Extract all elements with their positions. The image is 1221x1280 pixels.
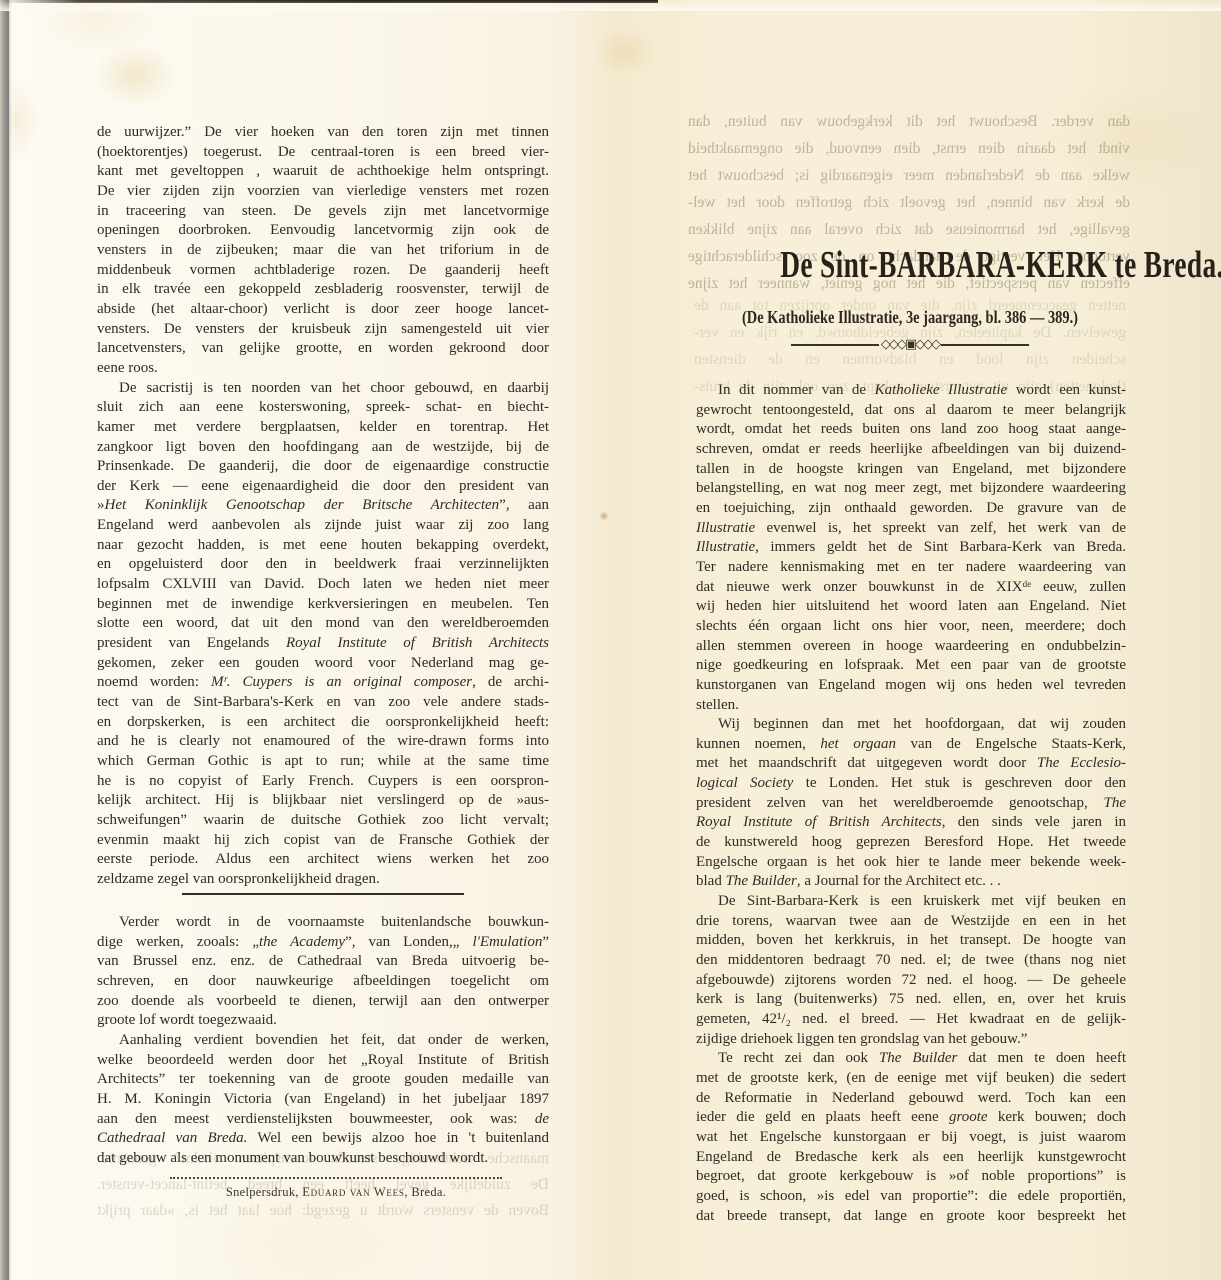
paragraph: Wij beginnen dan met het hoofdorgaan, da… — [696, 715, 1126, 892]
text-line: De sacristij is ten noorden van het choo… — [97, 379, 549, 399]
text-line: dat nieuwe werk onzer bouwkunst in de XI… — [696, 578, 1126, 598]
article-title-text: De Sint-BARBARA-KERK te Breda. — [780, 243, 1221, 287]
text-line: kant met geveltoppen , waaruit de achtho… — [97, 162, 549, 182]
text-line: »Het Koninklijk Genootschap der Britsche… — [97, 496, 549, 516]
text-line: vindt het daarin dien ernst, dien eenvou… — [688, 135, 1130, 162]
paragraph: In dit nommer van de Katholieke Illustra… — [696, 381, 1126, 715]
ornament-line — [941, 344, 1029, 346]
text-line: president van Engelands Royal Institute … — [97, 634, 549, 654]
imprint-text: Snelpersdruk, Eduard van Wees, Breda. — [170, 1177, 502, 1200]
text-line: and he is clearly not enamoured of the w… — [97, 732, 549, 752]
text-line: sluit zich aan eene kosterswoning, spree… — [97, 398, 549, 418]
text-line: de Reformatie in Nederland gebouwd werd.… — [696, 1089, 1126, 1109]
text-line: midden, boven het kerkkruis, in het tran… — [696, 931, 1126, 951]
text-line: wat het Engelsche kunstorgaan er bij voe… — [696, 1128, 1126, 1148]
text-line: openingen doorbroken. Eenvoudig lancetvo… — [97, 221, 549, 241]
text-line: tallen in de hoogste kringen van Engelan… — [696, 460, 1126, 480]
text-line: H. M. Koningin Victoria (van Engeland) i… — [97, 1090, 549, 1110]
text-line: logical Society te Londen. Het stuk is g… — [696, 774, 1126, 794]
text-line: gewrocht tentoongesteld, dat ons al daar… — [696, 401, 1126, 421]
text-line: Engelsche orgaan is het ook hier te land… — [696, 853, 1126, 873]
text-line: stellen. — [696, 696, 1126, 716]
text-line: Architects” ter toekenning van de groote… — [97, 1070, 549, 1090]
text-line: gemeten, 42¹/₂ ned. el breed. — Het kwad… — [696, 1010, 1126, 1030]
text-line: eerste periode. Aldus een architect wien… — [97, 850, 549, 870]
text-line: zijdige driehoek liggen ten grondslag va… — [696, 1030, 1126, 1050]
imprint-pre: Snelpersdruk, — [226, 1185, 302, 1199]
text-line: schreven, omdat er reeds heerlijke afbee… — [696, 440, 1126, 460]
text-line: welke aan de Nederlanden meer eigenaardi… — [688, 162, 1130, 189]
text-line: kunstorganen van Engeland mogen wij ons … — [696, 676, 1126, 696]
text-line: welke beoordeeld werden door het „Royal … — [97, 1051, 549, 1071]
text-line: Ter nadere kennismaking met en ter nader… — [696, 558, 1126, 578]
text-line: nige goedkeuring en lofspraak. Met een p… — [696, 656, 1126, 676]
text-line: Engeland werd aanbevolen als zijnde juis… — [97, 516, 549, 536]
text-line: en toejuiching, zijn onthaald geworden. … — [696, 499, 1126, 519]
text-line: met de grootste kerk, (en de eenige met … — [696, 1069, 1126, 1089]
article-source-text: (De Katholieke Illustratie, 3e jaargang,… — [742, 306, 1078, 328]
fold-crease — [0, 0, 5, 1280]
text-line: kamer met verdere bergplaatsen, kelder e… — [97, 418, 549, 438]
text-line: slechts één orgaan licht ons hier voor, … — [696, 617, 1126, 637]
text-line: en dorpskerken, is een architect die oor… — [97, 713, 549, 733]
document-scan: dan verder. Beschouwt het dit kerkgebouw… — [0, 0, 1221, 1280]
text-line: naar gezocht hadden, is met eene houten … — [97, 536, 549, 556]
scan-edge-left — [0, 0, 4, 1280]
text-line: vensters in de zijbeuken; maar die van h… — [97, 241, 549, 261]
text-line: which German Gothic is apt to run; while… — [97, 752, 549, 772]
text-line: Verder wordt in de voornaamste buitenlan… — [97, 913, 549, 933]
text-line: Cathedraal van Breda. Wel een bewijs alz… — [97, 1129, 549, 1149]
text-line: in traceering van steen. De gevels zijn … — [97, 202, 549, 222]
text-line: eene roos. — [97, 359, 549, 379]
paragraph: De Sint-Barbara-Kerk is een kruiskerk me… — [696, 892, 1126, 1049]
text-line: en opgeluisterd door den in beeldwerk fr… — [97, 555, 549, 575]
text-line: president zelven van het wereldberoemde … — [696, 794, 1126, 814]
text-line: De Sint-Barbara-Kerk is een kruiskerk me… — [696, 892, 1126, 912]
text-line: dat breede transept, dat lange en groote… — [696, 1207, 1126, 1227]
text-line: gevallige, het harmonieuse dat zich over… — [688, 216, 1130, 243]
article-title: De Sint-BARBARA-KERK te Breda. — [694, 243, 1126, 287]
imprint-post: , Breda. — [405, 1185, 447, 1199]
text-line: beginnen met de inwendige kerkversiering… — [97, 595, 549, 615]
text-line: begroet, dat groote kerkgebouw is »of no… — [696, 1167, 1126, 1187]
text-line: Illustratie evenwel is, het spreekt van … — [696, 519, 1126, 539]
text-line: de kunstwereld hoog geprezen Beresford H… — [696, 833, 1126, 853]
ornament-glyphs: ◇◇◇▣◇◇◇ — [879, 338, 941, 352]
text-line: dige werken, zooals: „the Academy”, van … — [97, 933, 549, 953]
paragraph: De sacristij is ten noorden van het choo… — [97, 379, 549, 890]
text-line: ieder die geld en plaats heeft eene groo… — [696, 1108, 1126, 1128]
ornament-divider: ◇◇◇▣◇◇◇ — [694, 338, 1126, 352]
text-line: met het maandschrift dat uitgegeven word… — [696, 754, 1126, 774]
text-line: (hoektorentjes) toegerust. De centraal-t… — [97, 143, 549, 163]
printer-imprint: Snelpersdruk, Eduard van Wees, Breda. — [170, 1177, 502, 1200]
text-line: abside (het altaar-choor) verlicht is do… — [97, 300, 549, 320]
text-line: lofpsalm CXLVIII van David. Doch laten w… — [97, 575, 549, 595]
paragraph: Verder wordt in de voornaamste buitenlan… — [97, 913, 549, 1031]
paragraph: Te recht zei dan ook The Builder dat men… — [696, 1049, 1126, 1226]
text-line: belangstelling, en wat nog meer zegt, me… — [696, 479, 1126, 499]
text-line: zoo doende als voorbeeld te dienen, terw… — [97, 992, 549, 1012]
text-line: drie torens, waarvan twee aan de Westzij… — [696, 912, 1126, 932]
text-line: aan den meest verdienstelijksten bouwmee… — [97, 1110, 549, 1130]
scan-edge-right — [0, 0, 9, 1280]
text-line: van Brussel enz. enz. de Cathedraal van … — [97, 952, 549, 972]
text-line: evenmin maakt hij zich copist van de Fra… — [97, 831, 549, 851]
text-line: de uurwijzer.” De vier hoeken van den to… — [97, 123, 549, 143]
text-line: Te recht zei dan ook The Builder dat men… — [696, 1049, 1126, 1069]
text-line: kelijk architect. Hij is blijkbaar niet … — [97, 791, 549, 811]
text-line: Engeland de Bredasche kerk als een heerl… — [696, 1148, 1126, 1168]
scan-edge-top — [0, 0, 658, 3]
text-line: De vier zijden zijn voorzien van vierled… — [97, 182, 549, 202]
text-line: middenbeuk vormen achtbladerige rozen. D… — [97, 261, 549, 281]
text-line: noemd worden: Mʳ. Cuypers is an original… — [97, 673, 549, 693]
text-line: Prinsenkade. De gaanderij, die door de e… — [97, 457, 549, 477]
fold-crease — [0, 0, 16, 1280]
text-line: slotte een woord, dat uit den mond van d… — [97, 614, 549, 634]
section-divider — [182, 893, 464, 895]
text-line: Boven de vensters wordt u gezegd: hoe la… — [97, 1198, 549, 1224]
text-line: groote lof wordt toegezwaaid. — [97, 1011, 549, 1031]
text-line: Illustratie, immers geldt het de Sint Ba… — [696, 538, 1126, 558]
text-line: allen stemmen overeen in hooge waardeeri… — [696, 637, 1126, 657]
text-line: kerk is lang (buitenwerks) 75 ned. ellen… — [696, 990, 1126, 1010]
text-line: Aanhaling verdient bovendien het feit, d… — [97, 1031, 549, 1051]
left-page-text-upper: de uurwijzer.” De vier hoeken van den to… — [97, 123, 549, 890]
text-line: In dit nommer van de Katholieke Illustra… — [696, 381, 1126, 401]
article-source: (De Katholieke Illustratie, 3e jaargang,… — [694, 306, 1126, 328]
text-line: Royal Institute of British Architects, d… — [696, 813, 1126, 833]
text-line: zeldzame zegel van oorspronkelijkheid dr… — [97, 870, 549, 890]
paragraph: Aanhaling verdient bovendien het feit, d… — [97, 1031, 549, 1169]
text-line: kunnen noemen, het orgaan van de Engelsc… — [696, 735, 1126, 755]
text-line: afgebouwde) zijtorens worden 72 ned. el … — [696, 971, 1126, 991]
paragraph: de uurwijzer.” De vier hoeken van den to… — [97, 123, 549, 379]
text-line: den middentoren bedraagt 70 ned. el; de … — [696, 951, 1126, 971]
text-line: dan verder. Beschouwt het dit kerkgebouw… — [688, 108, 1130, 135]
text-line: wordt, omdat het reeds buiten ons land z… — [696, 420, 1126, 440]
text-line: blad The Builder, a Journal for the Arch… — [696, 872, 1126, 892]
ornament-line — [791, 344, 879, 346]
text-line: wij heden hier uitsluitend het woord lat… — [696, 597, 1126, 617]
text-line: lancetvensters, van gelijke grootte, en … — [97, 339, 549, 359]
text-line: der Kerk — eene eigenaardigheid die door… — [97, 477, 549, 497]
text-line: tect van de Sint-Barbara's-Kerk en van z… — [97, 693, 549, 713]
text-line: he is no copyist of Early French. Cuyper… — [97, 772, 549, 792]
left-page-text-lower: Verder wordt in de voornaamste buitenlan… — [97, 913, 549, 1169]
text-line: schreven, en door nauwkeurige afbeelding… — [97, 972, 549, 992]
text-line: vensters. De vensters der kruisbeuk zijn… — [97, 320, 549, 340]
text-line: dat gebouw als een monument van bouwkuns… — [97, 1149, 549, 1169]
text-line: Wij beginnen dan met het hoofdorgaan, da… — [696, 715, 1126, 735]
text-line: zangkoor ligt boven den hoofdingang aan … — [97, 438, 549, 458]
text-line: gekomen, zeker een gouden woord voor Ned… — [97, 654, 549, 674]
imprint-printer-name: Eduard van Wees — [302, 1185, 404, 1199]
text-line: schweifungen” waarin de duitsche Gothiek… — [97, 811, 549, 831]
text-line: in elk travée een gekoppeld zesbladerig … — [97, 280, 549, 300]
right-page-text: In dit nommer van de Katholieke Illustra… — [696, 381, 1126, 1226]
text-line: de kerk van binnen, het gevoelt zich get… — [688, 189, 1130, 216]
text-line: goed, is schoon, »is edel van proportie”… — [696, 1187, 1126, 1207]
scan-edge-bottom — [0, 0, 1221, 11]
